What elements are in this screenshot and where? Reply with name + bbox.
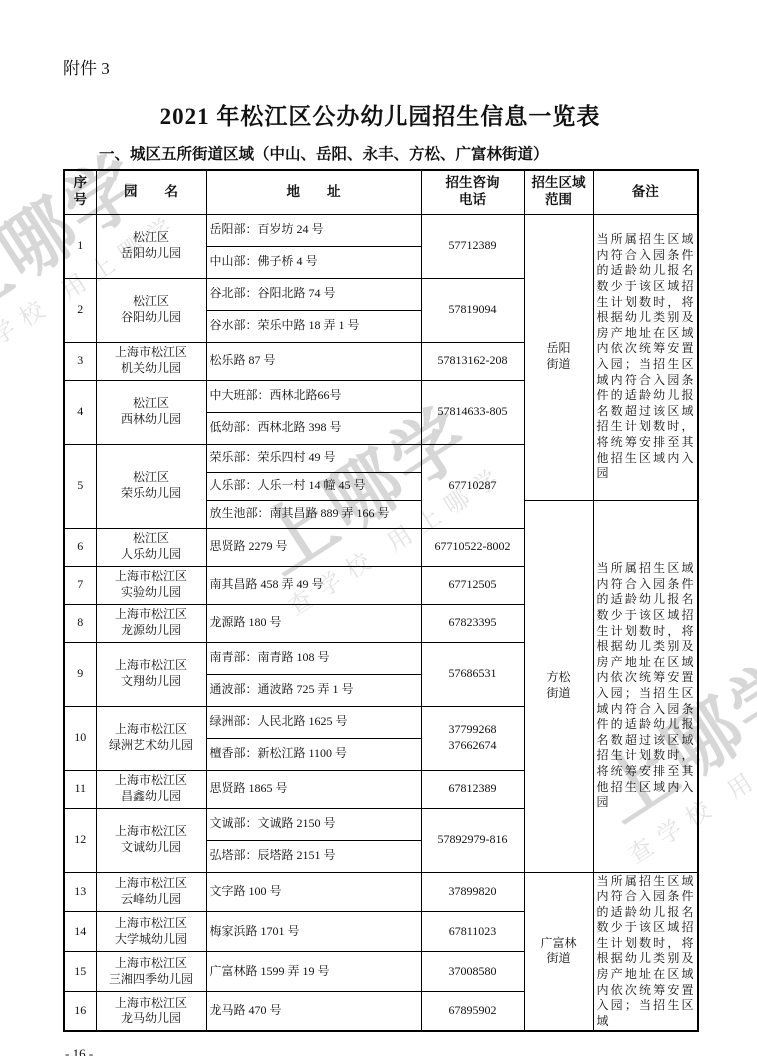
cell-enrollment-phone: 67823395 [421, 604, 524, 642]
cell-serial-number: 8 [64, 604, 96, 642]
table-row: 13上海市松江区 云峰幼儿园文字路 100 号37899820广富林 街道当所属… [64, 872, 698, 912]
cell-serial-number: 14 [64, 912, 96, 952]
cell-address: 荣乐部：荣乐四村 49 号 [206, 444, 421, 472]
table-header-row: 序 号 园 名 地 址 招生咨询 电话 招生区域 范围 备注 [64, 170, 698, 214]
cell-remarks: 当所属招生区域内符合入园条件的适龄幼儿报名数少于该区域招生计划数时，将根据幼儿类… [593, 214, 698, 500]
cell-address: 放生池部：南其昌路 889 弄 166 号 [206, 500, 421, 528]
cell-enrollment-phone: 57892979-816 [421, 808, 524, 872]
cell-kindergarten-name: 上海市松江区 昌鑫幼儿园 [96, 770, 206, 808]
section-heading: 一、城区五所街道区域（中山、岳阳、永丰、方松、广富林街道） [99, 142, 697, 164]
table-body: 1松江区 岳阳幼儿园岳阳部：百岁坊 24 号57712389岳阳 街道当所属招生… [64, 214, 698, 1031]
cell-kindergarten-name: 松江区 荣乐幼儿园 [96, 444, 206, 528]
attachment-label: 附件 3 [63, 54, 697, 79]
header-serial-number: 序 号 [64, 170, 96, 214]
cell-enrollment-phone: 37799268 37662674 [421, 706, 524, 770]
cell-serial-number: 7 [64, 566, 96, 604]
cell-serial-number: 10 [64, 706, 96, 770]
document-page: 上哪学 查学校 用上哪学 上哪学 查学校 用上哪学 上哪学 查学校 用上哪学 附… [0, 0, 757, 1056]
cell-enrollment-phone: 57819094 [421, 278, 524, 342]
cell-address: 檀香部：新松江路 1100 号 [206, 738, 421, 770]
cell-kindergarten-name: 松江区 西林幼儿园 [96, 380, 206, 444]
cell-kindergarten-name: 上海市松江区 三湘四季幼儿园 [96, 952, 206, 992]
cell-enrollment-phone: 37899820 [421, 872, 524, 912]
cell-serial-number: 13 [64, 872, 96, 912]
cell-address: 广富林路 1599 弄 19 号 [206, 952, 421, 992]
cell-kindergarten-name: 上海市松江区 大学城幼儿园 [96, 912, 206, 952]
page-content: 附件 3 2021 年松江区公办幼儿园招生信息一览表 一、城区五所街道区域（中山… [0, 0, 757, 1056]
cell-address: 弘塔部：辰塔路 2151 号 [206, 840, 421, 872]
cell-address: 中山部：佛子桥 4 号 [206, 246, 421, 278]
kindergarten-info-table: 序 号 园 名 地 址 招生咨询 电话 招生区域 范围 备注 1松江区 岳阳幼儿… [63, 169, 699, 1032]
cell-kindergarten-name: 上海市松江区 云峰幼儿园 [96, 872, 206, 912]
cell-kindergarten-name: 上海市松江区 龙马幼儿园 [96, 992, 206, 1032]
cell-address: 岳阳部：百岁坊 24 号 [206, 214, 421, 246]
cell-enrollment-phone: 67811023 [421, 912, 524, 952]
cell-kindergarten-name: 上海市松江区 机关幼儿园 [96, 342, 206, 380]
cell-address: 思贤路 1865 号 [206, 770, 421, 808]
cell-address: 松乐路 87 号 [206, 342, 421, 380]
cell-enrollment-phone: 67710287 [421, 444, 524, 528]
cell-kindergarten-name: 松江区 谷阳幼儿园 [96, 278, 206, 342]
header-enrollment-phone: 招生咨询 电话 [421, 170, 524, 214]
document-title: 2021 年松江区公办幼儿园招生信息一览表 [63, 98, 697, 131]
cell-address: 文诚部：文诚路 2150 号 [206, 808, 421, 840]
table-row: 1松江区 岳阳幼儿园岳阳部：百岁坊 24 号57712389岳阳 街道当所属招生… [64, 214, 698, 246]
cell-kindergarten-name: 上海市松江区 文翔幼儿园 [96, 642, 206, 706]
cell-serial-number: 9 [64, 642, 96, 706]
cell-address: 思贤路 2279 号 [206, 528, 421, 566]
cell-enrollment-phone: 57686531 [421, 642, 524, 706]
cell-serial-number: 11 [64, 770, 96, 808]
cell-address: 龙源路 180 号 [206, 604, 421, 642]
cell-address: 人乐部：人乐一村 14 幢 45 号 [206, 472, 421, 500]
cell-enrollment-phone: 67710522-8002 [421, 528, 524, 566]
cell-address: 中大班部：西林北路66号 [206, 380, 421, 412]
cell-kindergarten-name: 上海市松江区 文诚幼儿园 [96, 808, 206, 872]
cell-kindergarten-name: 松江区 岳阳幼儿园 [96, 214, 206, 278]
cell-serial-number: 4 [64, 380, 96, 444]
header-remarks: 备注 [593, 170, 698, 214]
cell-serial-number: 1 [64, 214, 96, 278]
cell-address: 谷水部：荣乐中路 18 弄 1 号 [206, 310, 421, 342]
header-enrollment-region: 招生区域 范围 [524, 170, 593, 214]
cell-address: 梅家浜路 1701 号 [206, 912, 421, 952]
cell-serial-number: 12 [64, 808, 96, 872]
cell-kindergarten-name: 上海市松江区 绿洲艺术幼儿园 [96, 706, 206, 770]
cell-address: 龙马路 470 号 [206, 992, 421, 1032]
cell-enrollment-phone: 67712505 [421, 566, 524, 604]
cell-kindergarten-name: 上海市松江区 实验幼儿园 [96, 566, 206, 604]
cell-enrollment-region: 岳阳 街道 [524, 214, 593, 500]
cell-remarks: 当所属招生区域内符合入园条件的适龄幼儿报名数少于该区域招生计划数时，将根据幼儿类… [593, 500, 698, 872]
cell-enrollment-phone: 67812389 [421, 770, 524, 808]
cell-serial-number: 15 [64, 952, 96, 992]
header-kindergarten-name: 园 名 [96, 170, 206, 214]
cell-remarks: 当所属招生区域内符合入园条件的适龄幼儿报名数少于该区域招生计划数时，将根据幼儿类… [593, 872, 698, 1031]
cell-address: 谷北部：谷阳北路 74 号 [206, 278, 421, 310]
cell-address: 绿洲部：人民北路 1625 号 [206, 706, 421, 738]
cell-enrollment-phone: 57712389 [421, 214, 524, 278]
cell-enrollment-phone: 57814633-805 [421, 380, 524, 444]
cell-serial-number: 6 [64, 528, 96, 566]
cell-serial-number: 16 [64, 992, 96, 1032]
cell-address: 南青部：南青路 108 号 [206, 642, 421, 674]
cell-enrollment-phone: 67895902 [421, 992, 524, 1032]
cell-serial-number: 2 [64, 278, 96, 342]
cell-enrollment-phone: 57813162-208 [421, 342, 524, 380]
header-address: 地 址 [206, 170, 421, 214]
cell-address: 低幼部：西林北路 398 号 [206, 412, 421, 444]
cell-enrollment-phone: 37008580 [421, 952, 524, 992]
page-number: - 16 - [65, 1046, 697, 1056]
cell-address: 文字路 100 号 [206, 872, 421, 912]
cell-serial-number: 5 [64, 444, 96, 528]
cell-enrollment-region: 广富林 街道 [524, 872, 593, 1031]
cell-kindergarten-name: 松江区 人乐幼儿园 [96, 528, 206, 566]
cell-address: 南其昌路 458 弄 49 号 [206, 566, 421, 604]
cell-serial-number: 3 [64, 342, 96, 380]
cell-kindergarten-name: 上海市松江区 龙源幼儿园 [96, 604, 206, 642]
cell-enrollment-region: 方松 街道 [524, 500, 593, 872]
cell-address: 通波部：通波路 725 弄 1 号 [206, 674, 421, 706]
